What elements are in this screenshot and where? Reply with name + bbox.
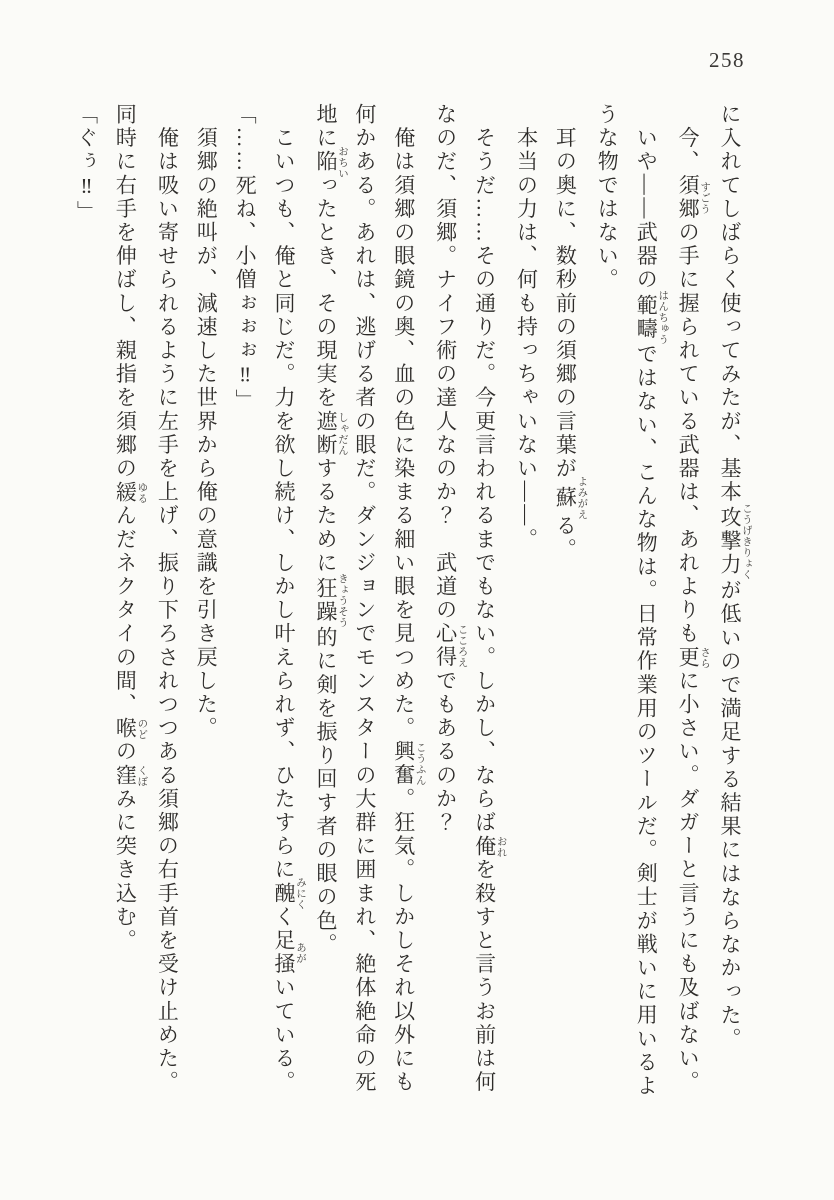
furigana: よみがえ [576,476,587,520]
paragraph: 「ぐぅ‼」 [67,103,106,1102]
ruby-annotated-text: 須郷すごう [676,174,700,221]
paragraph: 耳の奥に、数秒前の須郷の言葉が蘇よみがえる。 [545,103,587,1102]
furigana: おちい [337,146,348,179]
furigana: こうふん [415,740,426,787]
furigana: あが [295,929,306,976]
paragraph: 今、須郷すごうの手に握られている武器は、あれよりも更さらに小さい。ダガーと言うに… [668,103,710,1102]
ruby-annotated-text: 醜みにく [272,882,296,906]
paragraph: そうだ……その通りだ。今更言われるまでもない。しかし、ならば俺おれを殺すと言うお… [426,103,507,1102]
page-number: 258 [709,48,745,73]
ruby-annotated-text: 蘇よみがえ [553,481,577,515]
paragraph: 本当の力は、何も持っちゃいない――。 [507,103,546,1102]
ruby-annotated-text: 心得こころえ [434,622,458,669]
ruby-annotated-text: 足掻あが [272,929,296,976]
furigana: みにく [295,877,306,910]
paragraph: に入れてしばらく使ってみたが、基本攻撃力こうげきりょくが低いので満足する結果には… [710,103,752,1102]
furigana: くぼ [136,764,147,788]
furigana: はんちゅう [657,290,668,345]
furigana: すごう [699,174,710,221]
text-columns: に入れてしばらく使ってみたが、基本攻撃力こうげきりょくが低いので満足する結果には… [90,103,752,1102]
furigana: こころえ [457,622,468,669]
paragraph: 同時に右手を伸ばし、親指を須郷の緩ゆるんだネクタイの間、喉のどの窪くぼみに突き込… [106,103,148,1102]
paragraph: こいつも、俺と同じだ。力を欲し続け、しかし叶えられず、ひたすらに醜みにくく足掻あ… [264,103,306,1102]
paragraph: 須郷の絶叫が、減速した世界から俺の意識を引き戻した。 [186,103,225,1102]
furigana: さら [699,646,710,670]
ruby-annotated-text: 遮断しゃだん [314,410,338,457]
paragraph: いや――武器の範疇はんちゅうではない、こんな物は。日常作業用のツールだ。剣士が戦… [587,103,668,1102]
ruby-annotated-text: 範疇はんちゅう [634,292,658,343]
ruby-annotated-text: 更さら [676,646,700,670]
ruby-annotated-text: 喉のど [113,717,137,741]
furigana: のど [136,717,147,741]
ruby-annotated-text: 陥おちい [314,150,338,174]
ruby-annotated-text: 緩ゆる [113,481,137,505]
ruby-annotated-text: 狂躁きょうそう [314,575,338,626]
furigana: こうげきりょく [741,503,752,580]
ruby-annotated-text: 興奮こうふん [392,740,416,787]
ruby-annotated-text: 窪くぼ [113,764,137,788]
paragraph: 俺は吸い寄せられるように左手を上げ、振り下ろされつつある須郷の右手首を受け止めた… [147,103,186,1102]
furigana: しゃだん [337,410,348,457]
ruby-annotated-text: 攻撃力こうげきりょく [718,504,742,579]
paragraph: 「……死ね、小僧ぉぉぉ‼」 [225,103,264,1102]
furigana: おれ [496,835,507,859]
furigana: ゆる [136,481,147,505]
paragraph: 俺は須郷の眼鏡の奥、血の色に染まる細い眼を見つめた。興奮こうふん。狂気。しかしそ… [306,103,426,1102]
ruby-annotated-text: 俺おれ [473,835,497,859]
book-page: 258 に入れてしばらく使ってみたが、基本攻撃力こうげきりょくが低いので満足する… [0,0,834,1200]
furigana: きょうそう [337,573,348,628]
